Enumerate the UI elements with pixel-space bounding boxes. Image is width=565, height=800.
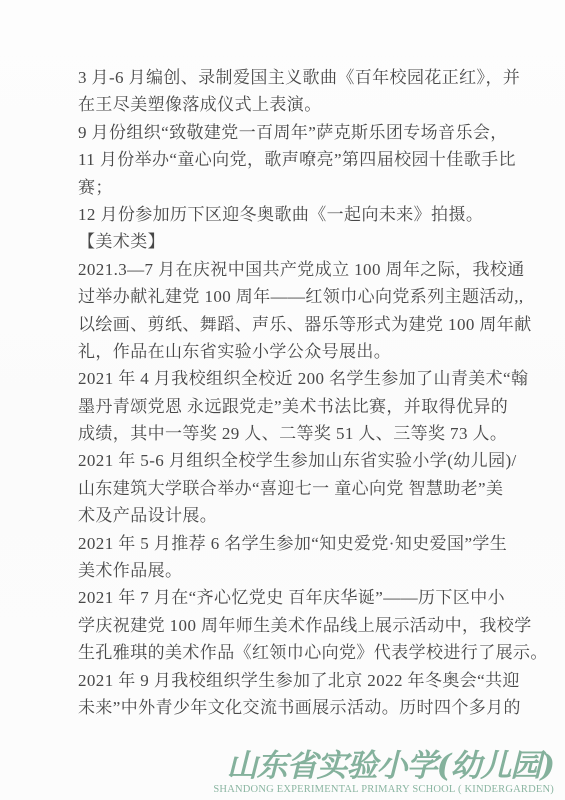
text-line: 成绩，其中一等奖 29 人、二等奖 51 人、三等奖 73 人。 bbox=[78, 420, 494, 447]
text-line: 以绘画、剪纸、舞蹈、声乐、器乐等形式为建党 100 周年献 bbox=[78, 311, 494, 338]
document-text-block: 3 月-6 月编创、录制爱国主义歌曲《百年校园花正红》，并 在王尽美塑像落成仪式… bbox=[78, 64, 494, 721]
text-line: 12 月份参加历下区迎冬奥歌曲《一起向未来》拍摄。 bbox=[78, 201, 494, 228]
text-line: 未来”中外青少年文化交流书画展示活动。历时四个多月的 bbox=[78, 694, 494, 721]
text-line: 11 月份举办“童心向党，歌声嘹亮”第四届校园十佳歌手比 bbox=[78, 146, 494, 173]
text-line: 2021 年 7 月在“齐心忆党史 百年庆华诞”——历下区中小 bbox=[78, 584, 494, 611]
text-line: 2021 年 4 月我校组织全校近 200 名学生参加了山青美术“翰 bbox=[78, 365, 494, 392]
text-line: 2021.3—7 月在庆祝中国共产党成立 100 周年之际，我校通 bbox=[78, 256, 494, 283]
text-line: 2021 年 9 月我校组织学生参加了北京 2022 年冬奥会“共迎 bbox=[78, 667, 494, 694]
text-line: 赛； bbox=[78, 174, 494, 201]
text-line: 2021 年 5-6 月组织全校学生参加山东省实验小学(幼儿园)/ bbox=[78, 447, 494, 474]
text-line: 学庆祝建党 100 周年师生美术作品线上展示活动中，我校学 bbox=[78, 612, 494, 639]
text-line: 3 月-6 月编创、录制爱国主义歌曲《百年校园花正红》，并 bbox=[78, 64, 494, 91]
school-name-chinese: 山东省实验小学(幼儿园) bbox=[213, 750, 554, 783]
school-logo: 山东省实验小学(幼儿园) SHANDONG EXPERIMENTAL PRIMA… bbox=[213, 750, 554, 796]
text-line: 礼，作品在山东省实验小学公众号展出。 bbox=[78, 338, 494, 365]
text-line: 在王尽美塑像落成仪式上表演。 bbox=[78, 91, 494, 118]
text-line: 生孔雅琪的美术作品《红领巾心向党》代表学校进行了展示。 bbox=[78, 639, 494, 666]
document-page: 3 月-6 月编创、录制爱国主义歌曲《百年校园花正红》，并 在王尽美塑像落成仪式… bbox=[0, 0, 565, 800]
text-line: 术及产品设计展。 bbox=[78, 502, 494, 529]
text-line: 过举办献礼建党 100 周年——红领巾心向党系列主题活动,, bbox=[78, 283, 494, 310]
section-heading-art: 【美术类】 bbox=[78, 228, 494, 255]
text-line: 9 月份组织“致敬建党一百周年”萨克斯乐团专场音乐会， bbox=[78, 119, 494, 146]
text-line: 2021 年 5 月推荐 6 名学生参加“知史爱党·知史爱国”学生 bbox=[78, 530, 494, 557]
text-line: 山东建筑大学联合举办“喜迎七一 童心向党 智慧助老”美 bbox=[78, 475, 494, 502]
text-line: 墨丹青颂党恩 永远跟党走”美术书法比赛，并取得优异的 bbox=[78, 393, 494, 420]
school-name-english: SHANDONG EXPERIMENTAL PRIMARY SCHOOL ( K… bbox=[213, 783, 554, 796]
text-line: 美术作品展。 bbox=[78, 557, 494, 584]
